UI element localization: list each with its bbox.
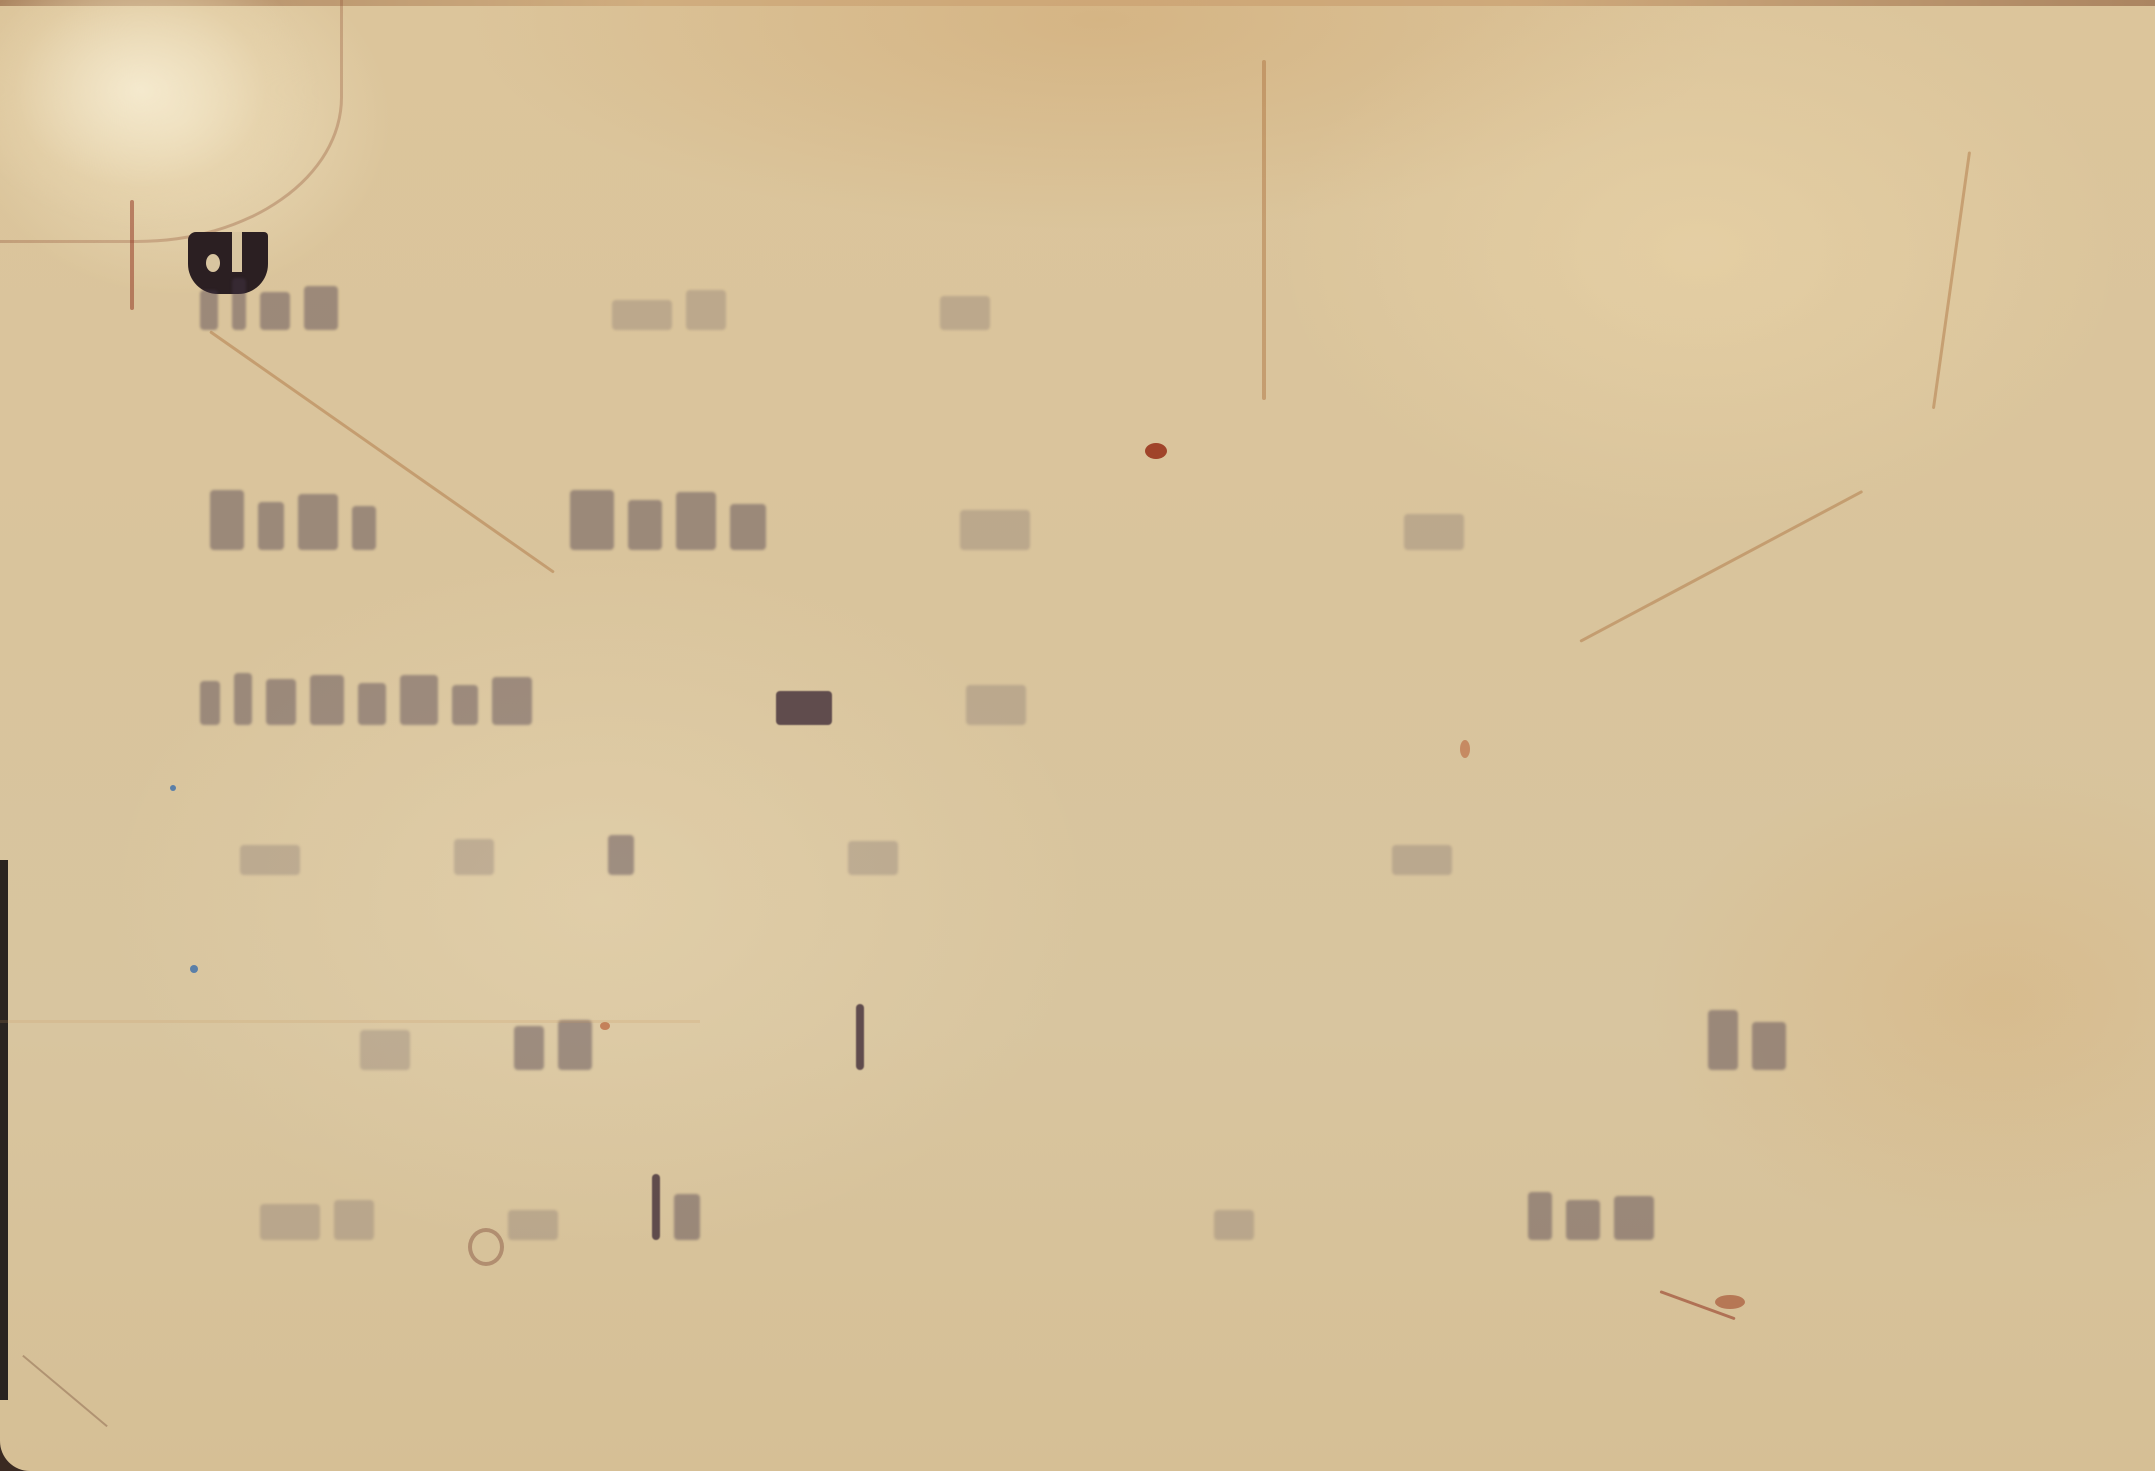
red-fleck [600,1022,610,1030]
glyph [940,296,990,330]
glyph [628,500,662,550]
glyph [260,1204,320,1240]
script-line-4 [240,815,1452,875]
glyph [360,1030,410,1070]
glyph [960,510,1030,550]
manuscript-page: illegible — only fragmentary glyph strok… [0,0,2155,1471]
glyph [514,1026,544,1070]
glyph [200,681,220,725]
glyph [358,683,386,725]
glyph [570,490,614,550]
left-binding-edge [0,860,8,1400]
glyph [1566,1200,1600,1240]
glyph [200,290,218,330]
glyph [258,502,284,550]
glyph [608,835,634,875]
blue-fleck [190,965,198,973]
circular-stain [468,1228,504,1266]
glyph [652,1174,660,1240]
glyph [400,675,438,725]
ink-blot-gap [232,232,242,272]
paper-crease [22,1355,108,1427]
glyph [260,292,290,330]
glyph [730,504,766,550]
glyph [686,290,726,330]
glyph [612,300,672,330]
glyph [676,492,716,550]
glyph [558,1020,592,1070]
glyph [856,1004,864,1070]
glyph [240,845,300,875]
glyph [210,490,244,550]
glyph [1392,845,1452,875]
glyph [492,677,532,725]
glyph [454,839,494,875]
glyph [1404,514,1464,550]
glyph [1614,1196,1654,1240]
glyph [848,841,898,875]
glyph [776,691,832,725]
script-line-3 [200,655,1026,725]
glyph [1708,1010,1738,1070]
glyph [966,685,1026,725]
glyph [1214,1210,1254,1240]
glyph [266,679,296,725]
script-line-1 [200,270,990,330]
paper-crease [0,1020,700,1023]
red-fleck [1460,740,1470,758]
glyph [310,675,344,725]
glyph [352,506,376,550]
red-fleck [1715,1295,1745,1309]
paper-fiber [1579,490,1863,643]
paper-fiber [1262,60,1266,400]
glyph [304,286,338,330]
glyph [1528,1192,1552,1240]
glyph [674,1194,700,1240]
blue-fleck [170,785,176,791]
glyph [1752,1022,1786,1070]
glyph [508,1210,558,1240]
script-line-5 [360,1000,1786,1070]
glyph [452,685,478,725]
glyph [298,494,338,550]
red-fleck [1145,443,1167,459]
paper-fiber [130,200,134,310]
glyph [234,673,252,725]
script-line-6 [260,1170,1654,1240]
glyph [334,1200,374,1240]
torn-corner [0,0,343,243]
glyph [232,278,246,330]
script-line-2 [210,470,1464,550]
paper-fiber [1932,151,1971,409]
